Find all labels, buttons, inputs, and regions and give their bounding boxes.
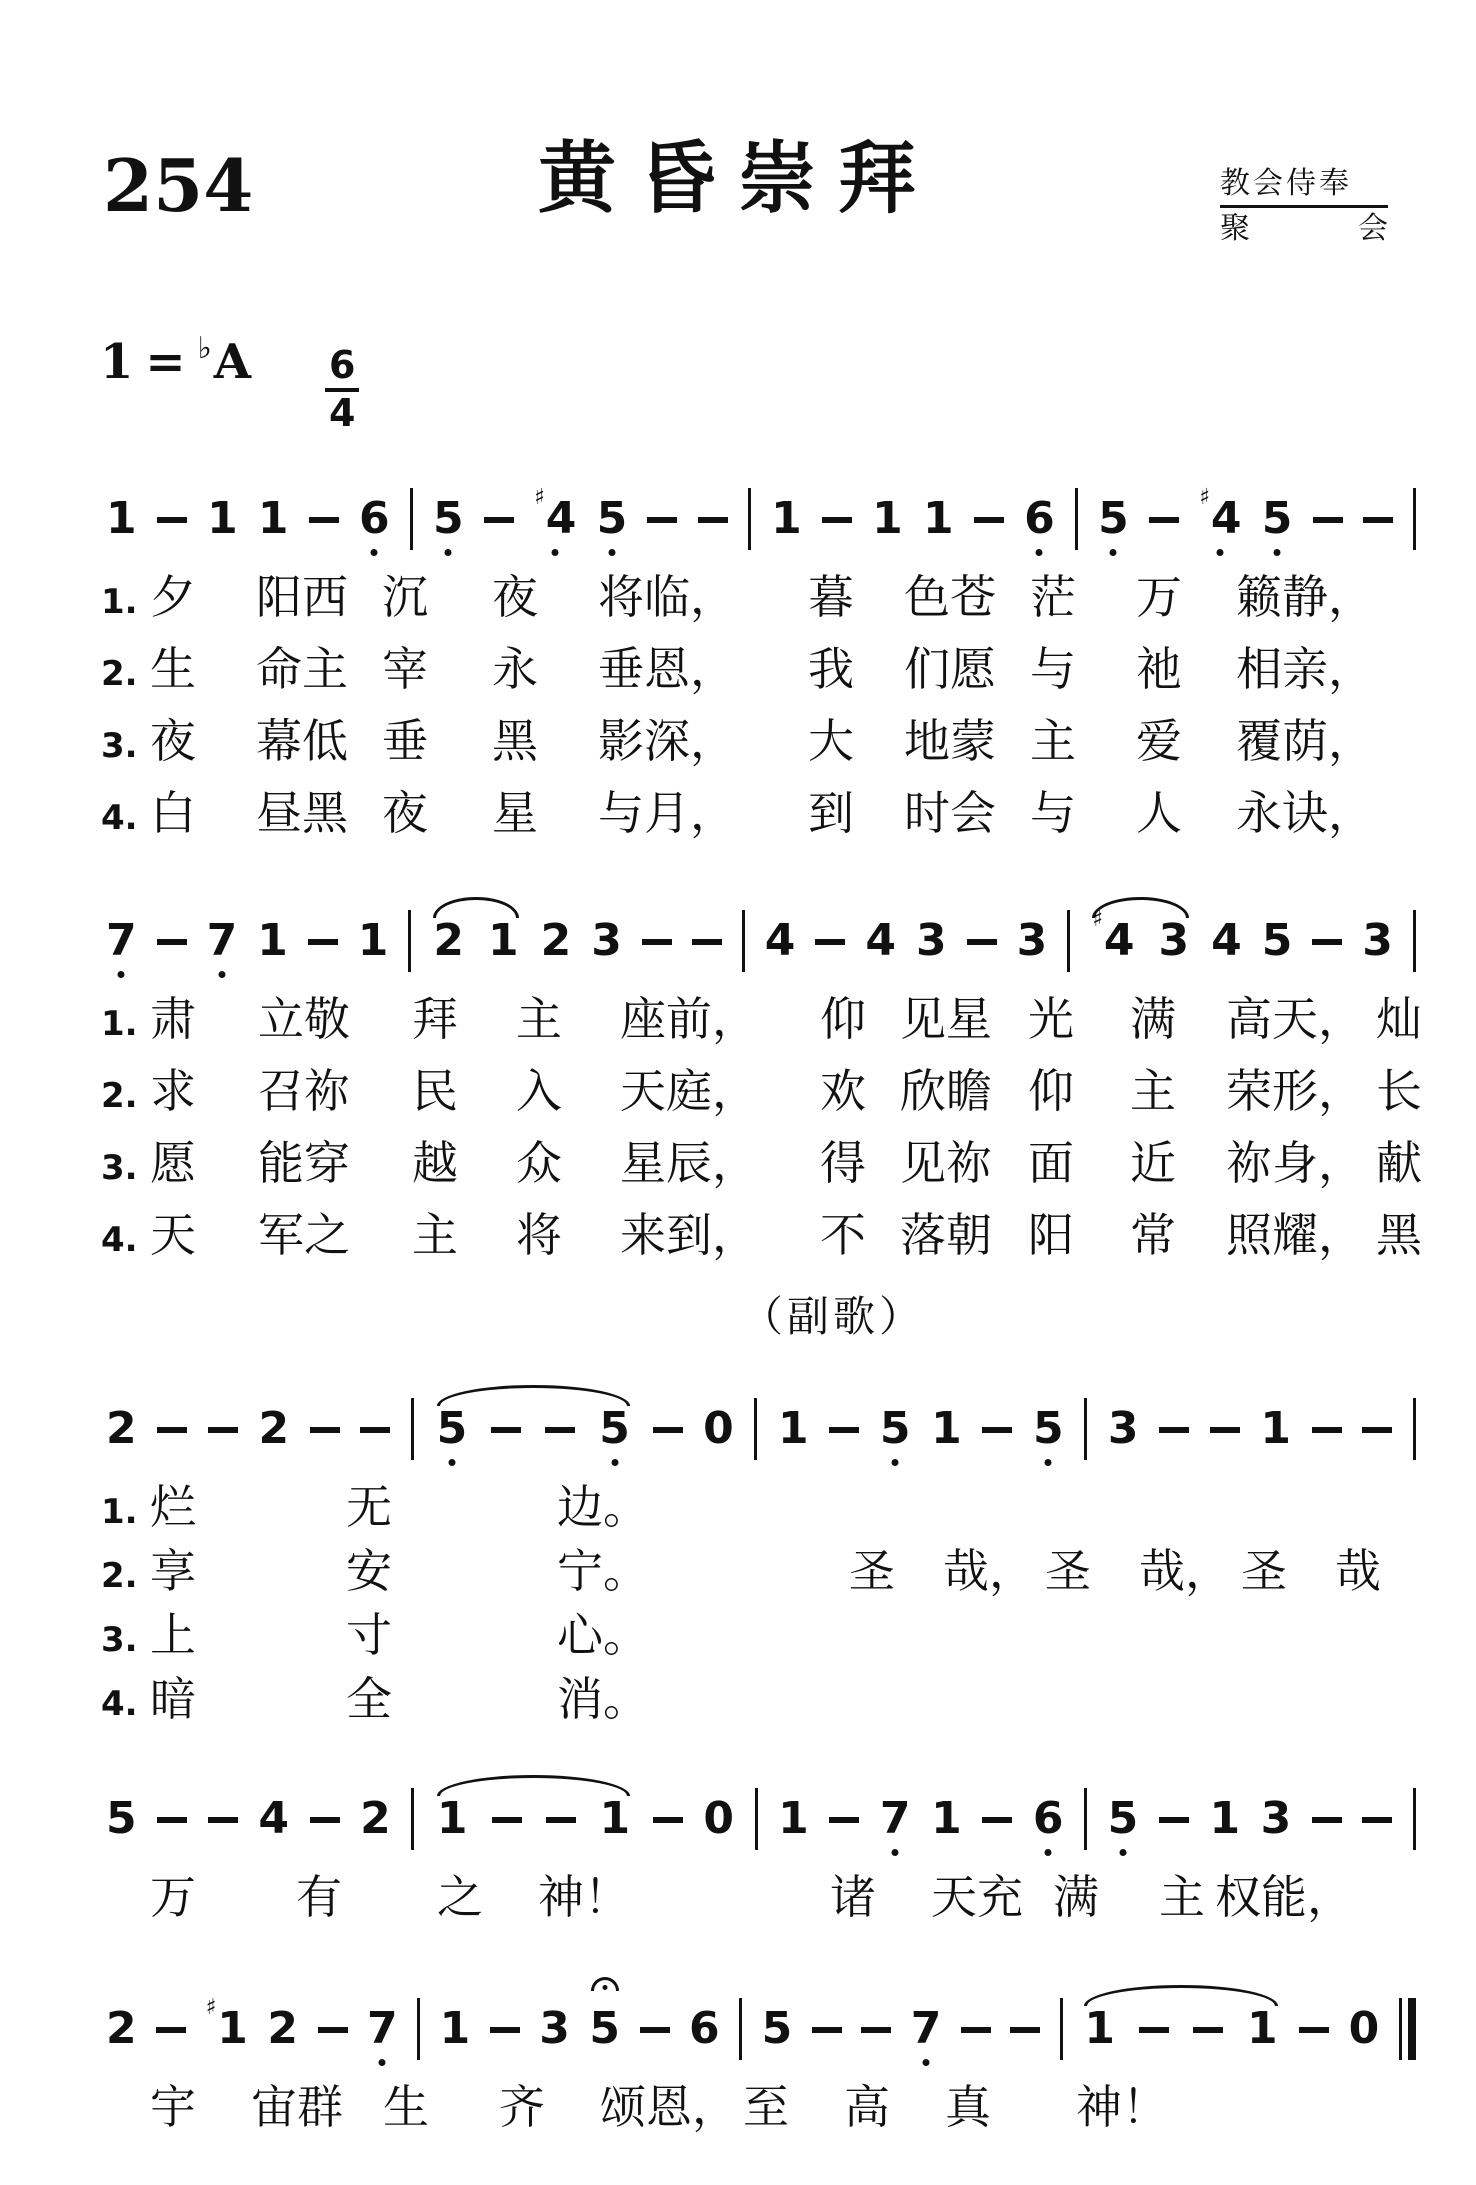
- duration-dash: [967, 939, 997, 945]
- barline: [410, 488, 413, 550]
- lyric-text: 宙群: [251, 2078, 343, 2138]
- lyric-text: 色苍: [904, 568, 996, 628]
- note: 1: [1247, 2007, 1278, 2051]
- lyric-text: 命主: [256, 640, 348, 700]
- refrain-label: （副歌）: [190, 1284, 1476, 1344]
- note-digit: 6: [689, 2007, 720, 2051]
- spacer: [1364, 1178, 1376, 1179]
- lyric-text: 主: [516, 990, 562, 1050]
- verse-number: 1.: [101, 1002, 138, 1046]
- barline: [754, 1398, 757, 1460]
- note-digit: 4: [546, 497, 577, 541]
- spacer: [1364, 1034, 1376, 1035]
- note: 3: [1261, 1797, 1292, 1841]
- lyric-text: 有: [296, 1868, 342, 1928]
- lyric-text: 至: [743, 2078, 789, 2138]
- duration-dash: [1010, 2027, 1040, 2033]
- spacer: [348, 756, 382, 757]
- note-digit: 6: [359, 497, 390, 541]
- note-digit: 4: [1211, 497, 1242, 541]
- note: 1: [931, 1407, 962, 1451]
- duration-dash: [1149, 517, 1179, 523]
- duration-dash: [491, 1427, 521, 1433]
- category-line1: 教会侍奉: [1220, 165, 1388, 208]
- spacer: [991, 2122, 1076, 2123]
- lyric-text: 消。: [557, 1670, 649, 1730]
- note-digit: 5: [599, 1407, 630, 1451]
- key-signature-line: 1 = ♭ A 6 4: [100, 338, 1476, 434]
- lyric-text: 相亲，: [1236, 640, 1374, 700]
- low-octave-dot: [1119, 1849, 1126, 1856]
- spacer: [1074, 1106, 1130, 1107]
- spacer: [348, 612, 382, 613]
- note-digit: 3: [1362, 919, 1393, 963]
- verse-number: 1.: [101, 580, 138, 624]
- spacer: [392, 1650, 557, 1651]
- spacer: [483, 1912, 538, 1913]
- duration-dash: [1210, 1427, 1240, 1433]
- spacer: [866, 1250, 900, 1251]
- barline: [748, 488, 751, 550]
- lyric-line: 宇宙群生齐颂恩，至高真神！: [0, 2078, 1476, 2154]
- spacer: [992, 1250, 1028, 1251]
- lyric-text: 沉: [382, 568, 428, 628]
- duration-dash: [157, 939, 187, 945]
- spacer: [758, 1106, 820, 1107]
- lyric-text: 地蒙: [904, 712, 996, 772]
- hymn-page: 254 黄昏崇拜 教会侍奉 聚 会 1 = ♭ A 6 4 11165♯4511…: [0, 0, 1476, 2185]
- note: 1: [358, 919, 389, 963]
- lyric-text: 军之: [258, 1206, 350, 1266]
- spacer: [854, 684, 904, 685]
- lyric-text: 祢身，: [1226, 1134, 1364, 1194]
- note: 5: [597, 497, 628, 541]
- lyric-line: 2.求召祢民入天庭，欢欣瞻仰主荣形，长: [0, 1062, 1476, 1134]
- low-octave-dot: [1217, 549, 1224, 556]
- note: 2: [433, 919, 464, 963]
- lyric-line: 3.愿能穿越众星辰，得见祢面近祢身，献: [0, 1134, 1476, 1206]
- lyric-text: 将: [516, 1206, 562, 1266]
- spacer: [392, 1714, 557, 1715]
- note-digit: 5: [1033, 1407, 1064, 1451]
- verse-number: 3.: [101, 1618, 138, 1662]
- lyric-text: 常: [1130, 1206, 1176, 1266]
- spacer: [1176, 1034, 1226, 1035]
- spacer: [1076, 684, 1136, 685]
- spacer: [196, 612, 256, 613]
- note: 7: [367, 2007, 398, 2051]
- lyric-text: 宇: [150, 2078, 196, 2138]
- lyric-text: 齐: [499, 2078, 545, 2138]
- barline: [1067, 910, 1070, 972]
- duration-dash: [642, 939, 672, 945]
- low-octave-dot: [892, 1849, 899, 1856]
- meter-upper: 6: [325, 346, 359, 392]
- lyric-text: 夜: [150, 712, 196, 772]
- lyric-text: 照耀，: [1226, 1206, 1364, 1266]
- spacer: [1035, 1586, 1045, 1587]
- lyric-text: 黑: [1376, 1206, 1422, 1266]
- spacer: [758, 1178, 820, 1179]
- lyric-text: 仰: [1028, 1062, 1074, 1122]
- spacer: [1182, 684, 1236, 685]
- duration-dash: [1139, 2027, 1169, 2033]
- duration-dash: [647, 517, 677, 523]
- note: 5: [1033, 1407, 1064, 1451]
- lyric-line: 4.白昼黑夜星与月，到时会与人永诀，: [0, 784, 1476, 856]
- lyric-text: 荣形，: [1226, 1062, 1364, 1122]
- hymn-title: 黄昏崇拜: [538, 140, 938, 218]
- equals-sign: =: [145, 338, 185, 386]
- note: 1: [106, 497, 137, 541]
- spacer: [458, 1250, 516, 1251]
- lyric-text: 享: [150, 1542, 196, 1602]
- note: 0: [703, 1797, 734, 1841]
- spacer: [1076, 612, 1136, 613]
- note: 3: [591, 919, 622, 963]
- spacer: [196, 1586, 346, 1587]
- low-octave-dot: [379, 2059, 386, 2066]
- note-digit: 1: [1084, 2007, 1115, 2051]
- lyric-text: 宰: [382, 640, 428, 700]
- lyric-text: 星: [492, 784, 538, 844]
- note: 1: [931, 1797, 962, 1841]
- spacer: [992, 1106, 1028, 1107]
- lyric-text: 愿: [150, 1134, 196, 1194]
- spacer: [736, 612, 808, 613]
- note-digit: 1: [358, 919, 389, 963]
- duration-dash: [318, 2027, 348, 2033]
- final-barline: [1399, 1998, 1416, 2060]
- lyric-text: 近: [1130, 1134, 1176, 1194]
- note: 2: [106, 2007, 137, 2051]
- note-digit: 1: [1209, 1797, 1240, 1841]
- note: 3: [916, 919, 947, 963]
- note-digit: 7: [207, 919, 238, 963]
- notation-line: 22550151531: [106, 1374, 1416, 1470]
- barline: [1413, 1788, 1416, 1850]
- note: ♯4: [1199, 497, 1241, 541]
- note-digit: 3: [1158, 919, 1189, 963]
- note-digit: 4: [765, 919, 796, 963]
- note: 5: [762, 2007, 793, 2051]
- note-digit: 3: [1261, 1797, 1292, 1841]
- spacer: [866, 1106, 900, 1107]
- note-digit: 3: [1108, 1407, 1139, 1451]
- note: 1: [1084, 2007, 1115, 2051]
- spacer: [1182, 756, 1236, 757]
- note: 5: [1262, 919, 1293, 963]
- barline: [739, 1998, 742, 2060]
- spacer: [854, 612, 904, 613]
- note-digit: 5: [1098, 497, 1129, 541]
- spacer: [758, 1034, 820, 1035]
- spacer: [392, 1522, 557, 1523]
- spacer: [890, 2122, 945, 2123]
- lyric-line: 3.上寸心。: [0, 1606, 1476, 1670]
- note: 1: [872, 497, 903, 541]
- barline: [1075, 488, 1078, 550]
- note: 2: [541, 919, 572, 963]
- duration-dash: [360, 1427, 390, 1433]
- spacer: [350, 1034, 412, 1035]
- slur-group: 11: [435, 1797, 632, 1841]
- lyric-line: 1.烂无边。: [0, 1478, 1476, 1542]
- spacer: [196, 1522, 346, 1523]
- lyric-text: 暮: [808, 568, 854, 628]
- lyric-text: 到: [808, 784, 854, 844]
- lyric-text: 阳: [1028, 1206, 1074, 1266]
- spacer: [992, 1178, 1028, 1179]
- duration-dash: [310, 1817, 340, 1823]
- spacer: [1205, 1912, 1215, 1913]
- note: 1: [923, 497, 954, 541]
- note: 2: [106, 1407, 137, 1451]
- spacer: [428, 684, 492, 685]
- lyric-line: 万有之神！诸天充满主权能，: [0, 1868, 1476, 1944]
- meter-lower: 4: [329, 392, 355, 434]
- lyric-text: 生: [383, 2078, 429, 2138]
- lyric-text: 高: [844, 2078, 890, 2138]
- duration-dash: [1193, 2027, 1223, 2033]
- lyric-text: 白: [150, 784, 196, 844]
- spacer: [348, 684, 382, 685]
- spacer: [1074, 1034, 1130, 1035]
- lyric-text: 星辰，: [620, 1134, 758, 1194]
- sharp-icon: ♯: [534, 487, 545, 509]
- note: ♯4: [534, 497, 576, 541]
- lyric-text: 长: [1376, 1062, 1422, 1122]
- lyric-text: 见星: [900, 990, 992, 1050]
- lyric-text: 满: [1053, 1868, 1099, 1928]
- low-octave-dot: [923, 2059, 930, 2066]
- note-digit: 0: [703, 1407, 734, 1451]
- duration-dash: [1313, 517, 1343, 523]
- note-digit: 2: [106, 2007, 137, 2051]
- spacer: [196, 1178, 258, 1179]
- spacer: [562, 1178, 620, 1179]
- lyric-text: 灿: [1376, 990, 1422, 1050]
- low-octave-dot: [552, 549, 559, 556]
- duration-dash: [157, 517, 187, 523]
- note-digit: 1: [106, 497, 137, 541]
- verse-number: 4.: [101, 796, 138, 840]
- duration-dash: [982, 1427, 1012, 1433]
- lyric-text: 诸: [830, 1868, 876, 1928]
- lyric-text: 欣瞻: [900, 1062, 992, 1122]
- lyric-text: 垂: [382, 712, 428, 772]
- note: 1: [258, 497, 289, 541]
- spacer: [1074, 1250, 1130, 1251]
- spacer: [196, 1250, 258, 1251]
- note: 5: [106, 1797, 137, 1841]
- note: 6: [359, 497, 390, 541]
- lyric-text: 光: [1028, 990, 1074, 1050]
- lyric-text: 拜: [412, 990, 458, 1050]
- note: ♯4: [1092, 919, 1134, 963]
- duration-dash: [829, 1427, 859, 1433]
- spacer: [538, 756, 598, 757]
- duration-dash: [961, 2027, 991, 2033]
- spacer: [196, 756, 256, 757]
- note-digit: 4: [258, 1797, 289, 1841]
- spacer: [1023, 1912, 1053, 1913]
- note-digit: 3: [916, 919, 947, 963]
- note: 2: [259, 1407, 290, 1451]
- note: 0: [703, 1407, 734, 1451]
- note-digit: 1: [437, 1797, 468, 1841]
- duration-dash: [1312, 1817, 1342, 1823]
- note-digit: 1: [440, 2007, 471, 2051]
- spacer: [1176, 1250, 1226, 1251]
- lyric-text: 时会: [904, 784, 996, 844]
- note-digit: 1: [778, 1797, 809, 1841]
- note-digit: 5: [1262, 497, 1293, 541]
- note-digit: 5: [762, 2007, 793, 2051]
- note: 2: [360, 1797, 391, 1841]
- note-digit: 4: [1211, 919, 1242, 963]
- low-octave-dot: [448, 1459, 455, 1466]
- lyric-text: 肃: [150, 990, 196, 1050]
- note-digit: 1: [872, 497, 903, 541]
- note-digit: 5: [597, 497, 628, 541]
- duration-dash: [1159, 1427, 1189, 1433]
- note-digit: 7: [106, 919, 137, 963]
- duration-dash: [822, 517, 852, 523]
- spacer: [895, 1586, 943, 1587]
- verse-number: 4.: [101, 1218, 138, 1262]
- duration-dash: [208, 1427, 238, 1433]
- lyric-line: 3.夜幕低垂黑影深，大地蒙主爱覆荫，: [0, 712, 1476, 784]
- note: 7: [911, 2007, 942, 2051]
- spacer: [196, 2122, 251, 2123]
- lyric-text: 主: [1030, 712, 1076, 772]
- note-digit: 5: [437, 1407, 468, 1451]
- lyric-text: 大: [808, 712, 854, 772]
- page-header: 254 黄昏崇拜 教会侍奉 聚 会: [0, 0, 1476, 300]
- verse-number: 3.: [101, 1146, 138, 1190]
- note: 6: [1033, 1797, 1064, 1841]
- note-digit: 6: [1024, 497, 1055, 541]
- note-digit: 2: [541, 919, 572, 963]
- barline: [411, 1398, 414, 1460]
- lyric-text: 暗: [150, 1670, 196, 1730]
- note-digit: 1: [923, 497, 954, 541]
- lyric-text: 圣: [849, 1542, 895, 1602]
- lyric-text: 黑: [492, 712, 538, 772]
- duration-dash: [157, 1427, 187, 1433]
- lyric-text: 献: [1376, 1134, 1422, 1194]
- note-digit: 2: [267, 2007, 298, 2051]
- note: 7: [880, 1797, 911, 1841]
- spacer: [538, 684, 598, 685]
- note-digit: 1: [217, 2007, 248, 2051]
- lyric-text: 宁。: [557, 1542, 649, 1602]
- note-digit: 2: [259, 1407, 290, 1451]
- spacer: [1074, 1178, 1130, 1179]
- lyric-text: 将临，: [598, 568, 736, 628]
- lyric-text: 人: [1136, 784, 1182, 844]
- spacer: [1287, 1586, 1335, 1587]
- category-line2-right: 会: [1358, 210, 1388, 248]
- key-solfa: 1: [100, 338, 133, 386]
- note-digit: 4: [1104, 919, 1135, 963]
- note: 5: [437, 1407, 468, 1451]
- barline: [742, 910, 745, 972]
- note: 5: [1262, 497, 1293, 541]
- low-octave-dot: [1045, 1849, 1052, 1856]
- duration-dash: [1362, 1427, 1392, 1433]
- low-octave-dot: [892, 1459, 899, 1466]
- lyric-text: 圣: [1045, 1542, 1091, 1602]
- lyric-text: 立敬: [258, 990, 350, 1050]
- lyric-text: 主: [412, 1206, 458, 1266]
- spacer: [458, 1034, 516, 1035]
- note: 5: [880, 1407, 911, 1451]
- barline: [411, 1788, 414, 1850]
- lyric-text: 满: [1130, 990, 1176, 1050]
- note: 6: [689, 2007, 720, 2051]
- note-digit: 5: [880, 1407, 911, 1451]
- lyric-text: 之: [437, 1868, 483, 1928]
- fermata-icon: [591, 1977, 619, 1991]
- spacer: [1176, 1106, 1226, 1107]
- notation-line: 11165♯4511165♯45: [106, 464, 1416, 560]
- note-digit: 2: [433, 919, 464, 963]
- note-digit: 5: [1262, 919, 1293, 963]
- note-digit: 5: [1108, 1797, 1139, 1841]
- spacer: [1076, 756, 1136, 757]
- note-digit: 3: [539, 2007, 570, 2051]
- barline: [417, 1998, 420, 2060]
- final-barline-thick: [1408, 1998, 1416, 2060]
- note-digit: 0: [1349, 2007, 1380, 2051]
- note: 1: [488, 919, 519, 963]
- lyric-text: 籁静，: [1236, 568, 1374, 628]
- low-octave-dot: [611, 1459, 618, 1466]
- spacer: [196, 1714, 346, 1715]
- lyric-text: 天: [150, 1206, 196, 1266]
- barline: [1084, 1788, 1087, 1850]
- lyric-line: 1.肃立敬拜主座前，仰见星光满高天，灿: [0, 990, 1476, 1062]
- note: 1: [1209, 1797, 1240, 1841]
- note-digit: 1: [600, 1797, 631, 1841]
- barline: [1413, 488, 1416, 550]
- spacer: [392, 1586, 557, 1587]
- duration-dash: [310, 1427, 340, 1433]
- verse-number: 2.: [101, 1074, 138, 1118]
- note-digit: 2: [360, 1797, 391, 1841]
- low-octave-dot: [445, 549, 452, 556]
- note-digit: 5: [433, 497, 464, 541]
- verse-number: 3.: [101, 724, 138, 768]
- note: 4: [765, 919, 796, 963]
- duration-dash: [1159, 1817, 1189, 1823]
- spacer: [196, 1912, 296, 1913]
- lyric-line: 1.夕阳西沉夜将临，暮色苍茫万籁静，: [0, 568, 1476, 640]
- low-octave-dot: [1274, 549, 1281, 556]
- low-octave-dot: [371, 549, 378, 556]
- duration-dash: [1312, 1427, 1342, 1433]
- note: 3: [1108, 1407, 1139, 1451]
- lyric-text: 夜: [382, 784, 428, 844]
- lyric-text: 与: [1030, 640, 1076, 700]
- spacer: [350, 1178, 412, 1179]
- verse-number: 2.: [101, 1554, 138, 1598]
- category-block: 教会侍奉 聚 会: [1220, 165, 1388, 247]
- flat-icon: ♭: [198, 334, 212, 364]
- lyric-text: 万: [150, 1868, 196, 1928]
